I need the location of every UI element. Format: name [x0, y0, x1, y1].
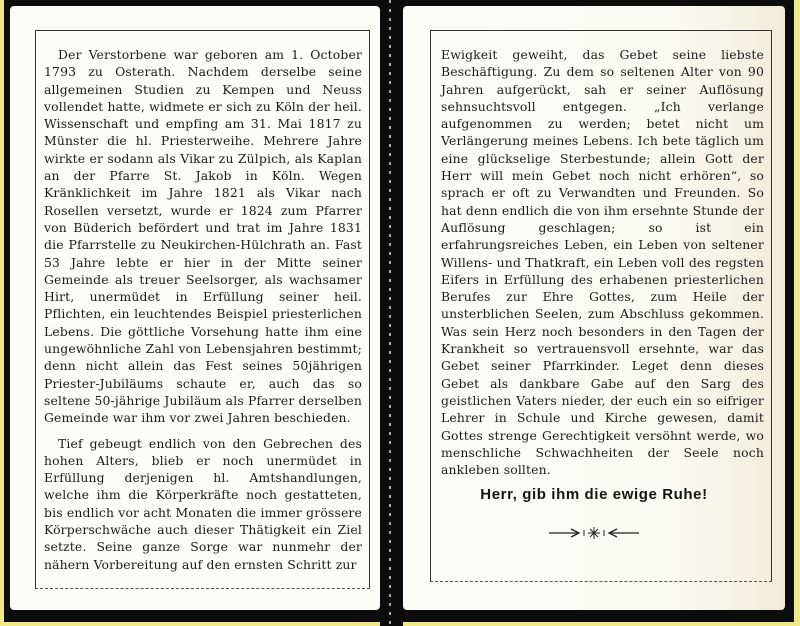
card-fold-spine — [380, 0, 403, 626]
right-paper-edge — [794, 0, 800, 626]
spine-perforation — [389, 0, 391, 626]
arrow-flourish-ornament-icon — [403, 526, 785, 543]
paragraph-biography: Der Verstorbene war geboren am 1. Octobe… — [44, 46, 362, 427]
left-page-text: Der Verstorbene war geboren am 1. Octobe… — [44, 46, 362, 573]
left-paper-edge — [0, 0, 4, 626]
ornament-svg — [547, 526, 641, 540]
paragraph-final-illness: Tief gebeugt endlich von den Gebrechen d… — [44, 435, 362, 573]
paragraph-eternity: Ewigkeit geweiht, das Gebet seine liebst… — [441, 46, 764, 478]
memorial-card-spread: Der Verstorbene war geboren am 1. Octobe… — [0, 0, 800, 626]
closing-prayer: Herr, gib ihm die ewige Ruhe! — [403, 486, 785, 503]
left-page: Der Verstorbene war geboren am 1. Octobe… — [10, 6, 380, 610]
right-page: Ewigkeit geweiht, das Gebet seine liebst… — [403, 6, 785, 610]
right-page-text: Ewigkeit geweiht, das Gebet seine liebst… — [441, 46, 764, 478]
